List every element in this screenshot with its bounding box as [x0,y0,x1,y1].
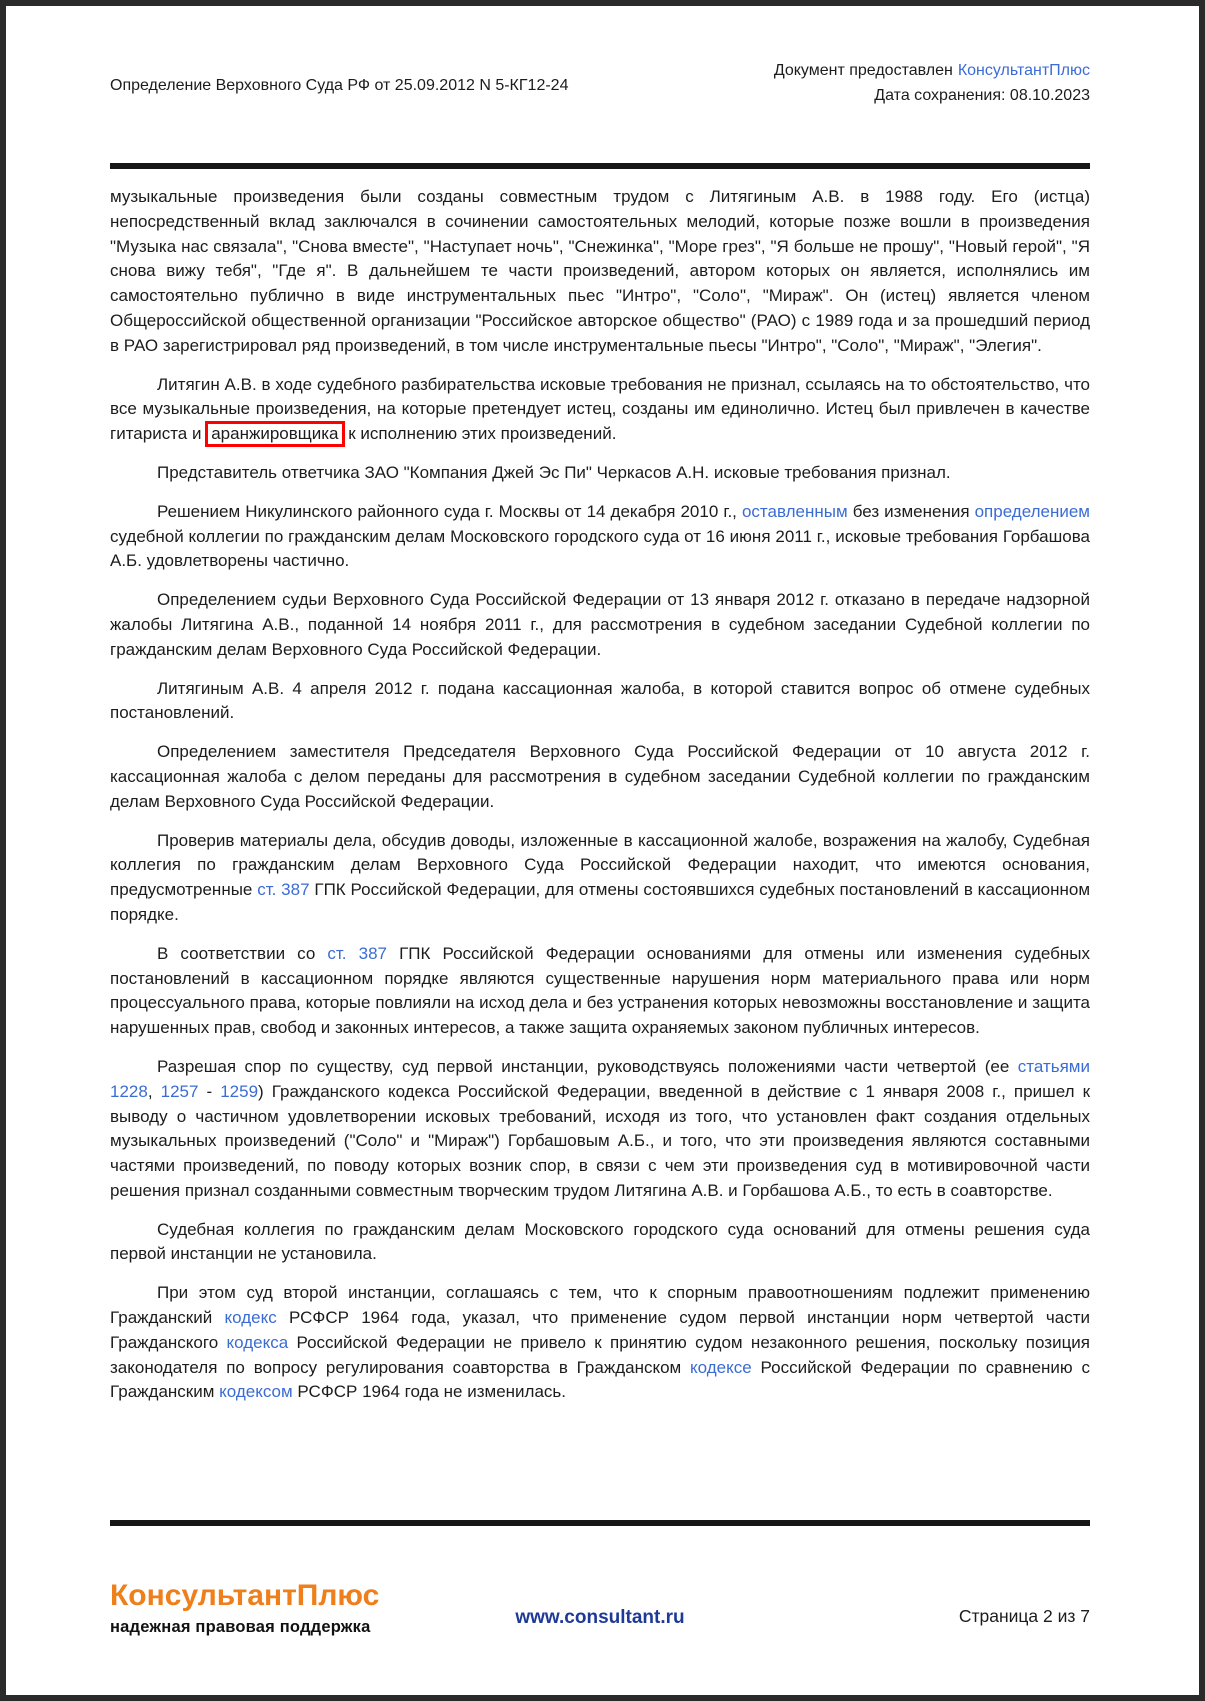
highlighted-term: аранжировщика [205,421,344,447]
page-header: Определение Верховного Суда РФ от 25.09.… [110,58,1090,108]
doc-link[interactable]: кодексе [690,1358,752,1377]
doc-link[interactable]: ст. 387 [327,944,387,963]
doc-link[interactable]: кодекса [227,1333,289,1352]
doc-link[interactable]: 1259 [220,1082,258,1101]
paragraph: Литягиным А.В. 4 апреля 2012 г. подана к… [110,677,1090,727]
doc-link[interactable]: кодекс [225,1308,277,1327]
document-body: музыкальные произведения были созданы со… [110,185,1090,1419]
paragraph: При этом суд второй инстанции, соглашаяс… [110,1281,1090,1405]
document-page: Определение Верховного Суда РФ от 25.09.… [0,0,1205,1701]
saved-date-label: Дата сохранения: 08.10.2023 [774,83,1090,108]
paragraph: Определением судьи Верховного Суда Росси… [110,588,1090,662]
paragraph: В соответствии со ст. 387 ГПК Российской… [110,942,1090,1041]
provided-line: Документ предоставленКонсультантПлюс [774,58,1090,83]
doc-link[interactable]: кодексом [219,1382,293,1401]
doc-link[interactable]: ст. 387 [257,880,309,899]
paragraph: Представитель ответчика ЗАО "Компания Дж… [110,461,1090,486]
paragraph: Разрешая спор по существу, суд первой ин… [110,1055,1090,1204]
header-provided-block: Документ предоставленКонсультантПлюс Дат… [774,58,1090,108]
consultant-site-link[interactable]: www.consultant.ru [515,1607,684,1628]
header-divider [110,163,1090,169]
doc-link[interactable]: оставленным [742,502,848,521]
paragraph: Определением заместителя Председателя Ве… [110,740,1090,814]
doc-link[interactable]: 1257 [161,1082,199,1101]
doc-link[interactable]: определением [975,502,1090,521]
paragraph: Решением Никулинского районного суда г. … [110,500,1090,574]
paragraph: Судебная коллегия по гражданским делам М… [110,1218,1090,1268]
provided-prefix-label: Документ предоставлен [774,62,953,79]
paragraph: музыкальные произведения были созданы со… [110,185,1090,359]
page-number-label: Страница 2 из 7 [959,1606,1090,1627]
document-title: Определение Верховного Суда РФ от 25.09.… [110,58,568,96]
consultantplus-link[interactable]: КонсультантПлюс [958,62,1090,79]
footer-divider [110,1520,1090,1526]
paragraph: Проверив материалы дела, обсудив доводы,… [110,829,1090,928]
footer-site-container: www.consultant.ru [110,1607,1090,1629]
paragraph: Литягин А.В. в ходе судебного разбирател… [110,373,1090,447]
